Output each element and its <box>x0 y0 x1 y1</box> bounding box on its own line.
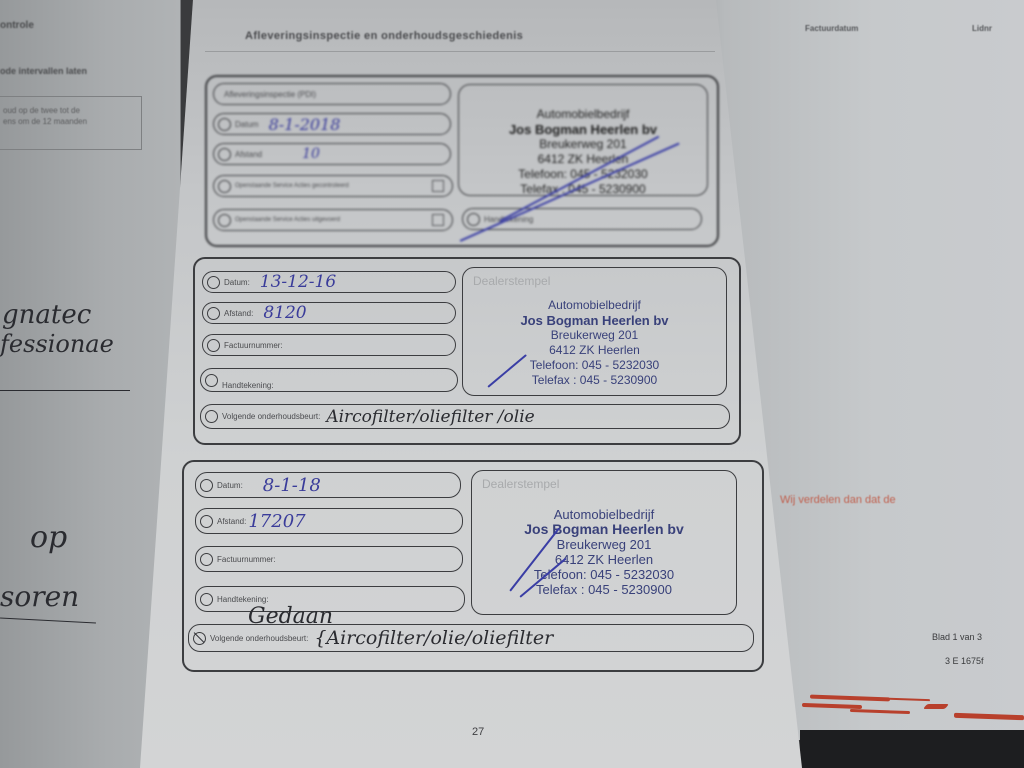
stamp-line: Telefoon: 045 - 5232030 <box>463 358 726 373</box>
stamp-line: 6412 ZK Heerlen <box>463 343 726 358</box>
invoice-red-text: Wij verdelen dan dat de <box>780 494 896 506</box>
radio-checked-icon[interactable] <box>193 632 206 645</box>
date-field[interactable]: Datum: 8-1-18 <box>195 472 461 498</box>
field-label: Afstand: <box>224 309 253 318</box>
stamp-line: Telefoon: 045 - 5232030 <box>472 567 736 582</box>
stamp-line: Automobielbedrijf <box>459 107 707 122</box>
stamp-line: Jos Bogman Heerlen bv <box>472 522 736 537</box>
stamp-line: Breukerweg 201 <box>459 137 707 152</box>
handwriting: fessionae <box>0 330 114 358</box>
invoice-code: 3 E 1675f <box>945 656 984 666</box>
pdi-distance-field[interactable]: Afstand 10 <box>213 143 451 165</box>
stamp-line: Automobielbedrijf <box>472 507 736 522</box>
radio-icon[interactable] <box>207 339 220 352</box>
stamp-label: Dealerstempel <box>473 274 550 288</box>
radio-icon[interactable] <box>207 276 220 289</box>
left-page-note-box: oud op de twee tot de ens om de 12 maand… <box>0 96 142 150</box>
handwriting: soren <box>0 580 79 613</box>
underline <box>0 617 96 623</box>
left-page-heading: ontrole <box>0 20 34 31</box>
note-line: ens om de 12 maanden <box>3 116 141 127</box>
note-line: oud op de twee tot de <box>3 105 141 116</box>
field-value: 8-1-2018 <box>269 115 341 134</box>
pdi-service-done-field[interactable]: Openstaande Service Acties uitgevoerd <box>213 209 453 231</box>
table-surface <box>800 730 1024 768</box>
radio-icon[interactable] <box>218 148 231 161</box>
field-label: Datum: <box>224 278 250 287</box>
stamp-line: 6412 ZK Heerlen <box>459 152 707 167</box>
radio-icon[interactable] <box>467 213 480 226</box>
distance-field[interactable]: Afstand: 8120 <box>202 302 456 324</box>
next-service-field[interactable]: Volgende onderhoudsbeurt: Aircofilter/ol… <box>200 404 730 429</box>
field-label: Datum <box>235 120 259 129</box>
radio-icon[interactable] <box>218 118 231 131</box>
handwriting: op <box>30 520 67 555</box>
field-label: Factuurnummer: <box>217 555 276 564</box>
checkbox-icon[interactable] <box>432 180 444 192</box>
radio-icon[interactable] <box>200 515 213 528</box>
field-value: 17207 <box>248 511 305 532</box>
field-label: Handtekening: <box>217 595 269 604</box>
radio-icon[interactable] <box>200 593 213 606</box>
dealer-stamp: Dealerstempel Automobielbedrijf Jos Bogm… <box>471 470 737 615</box>
distance-field[interactable]: Afstand: 17207 <box>195 508 463 534</box>
field-value: 8-1-18 <box>263 475 321 496</box>
checkbox-icon[interactable] <box>432 214 444 226</box>
pdi-title-field: Afleveringsinspectie (PDI) <box>213 83 451 105</box>
signature-field[interactable]: Handtekening: <box>200 368 458 392</box>
radio-icon[interactable] <box>200 553 213 566</box>
stamp-line: Jos Bogman Heerlen bv <box>463 313 726 328</box>
field-label: Afstand <box>235 150 262 159</box>
radio-icon[interactable] <box>205 410 218 423</box>
field-value: 8120 <box>263 303 306 323</box>
pdi-title: Afleveringsinspectie (PDI) <box>224 90 316 99</box>
field-label: Openstaande Service Acties gecontroleerd <box>235 183 349 189</box>
pdi-signature-field[interactable]: Handtekening <box>462 208 702 230</box>
stamp-line: Breukerweg 201 <box>463 328 726 343</box>
field-label: Openstaande Service Acties uitgevoerd <box>235 217 340 223</box>
stamp-line: Breukerweg 201 <box>472 537 736 552</box>
radio-icon[interactable] <box>218 180 231 193</box>
field-label: Handtekening: <box>222 381 274 390</box>
field-label: Factuurnummer: <box>224 341 283 350</box>
next-service-field[interactable]: Volgende onderhoudsbeurt: {Aircofilter/o… <box>188 624 754 652</box>
pdi-date-field[interactable]: Datum 8-1-2018 <box>213 113 451 135</box>
field-value: Aircofilter/oliefilter /olie <box>326 407 534 427</box>
pdi-service-checked-field[interactable]: Openstaande Service Acties gecontroleerd <box>213 175 453 197</box>
radio-icon[interactable] <box>207 307 220 320</box>
field-label: Volgende onderhoudsbeurt: <box>210 634 308 643</box>
radio-icon[interactable] <box>205 374 218 387</box>
brand-stripes <box>800 694 1024 724</box>
date-field[interactable]: Datum: 13-12-16 <box>202 271 456 293</box>
radio-icon[interactable] <box>218 214 231 227</box>
invoice-header-left: Factuurdatum <box>805 24 858 33</box>
field-value: {Aircofilter/olie/oliefilter <box>314 627 553 649</box>
field-value: 10 <box>302 146 320 162</box>
handwriting: gnatec <box>2 300 91 330</box>
page-number: 27 <box>472 726 484 738</box>
stamp-line: Jos Bogman Heerlen bv <box>459 122 707 137</box>
page-title: Afleveringsinspectie en onderhoudsgeschi… <box>245 30 523 42</box>
stamp-line: 6412 ZK Heerlen <box>472 552 736 567</box>
field-label: Afstand: <box>217 517 246 526</box>
left-page-subheading: ode intervallen laten <box>0 66 87 76</box>
stamp-label: Dealerstempel <box>482 477 559 491</box>
sheet-number: Blad 1 van 3 <box>932 632 982 642</box>
field-value: 13-12-16 <box>260 272 336 292</box>
field-label: Datum: <box>217 481 243 490</box>
invoice-number-field[interactable]: Factuurnummer: <box>195 546 463 572</box>
underline <box>0 390 130 391</box>
pdi-dealer-stamp: Automobielbedrijf Jos Bogman Heerlen bv … <box>458 84 708 196</box>
title-divider <box>205 51 715 52</box>
radio-icon[interactable] <box>200 479 213 492</box>
field-label: Volgende onderhoudsbeurt: <box>222 412 320 421</box>
invoice-header-right: Lidnr <box>972 24 992 33</box>
invoice-number-field[interactable]: Factuurnummer: <box>202 334 456 356</box>
stamp-line: Automobielbedrijf <box>463 298 726 313</box>
